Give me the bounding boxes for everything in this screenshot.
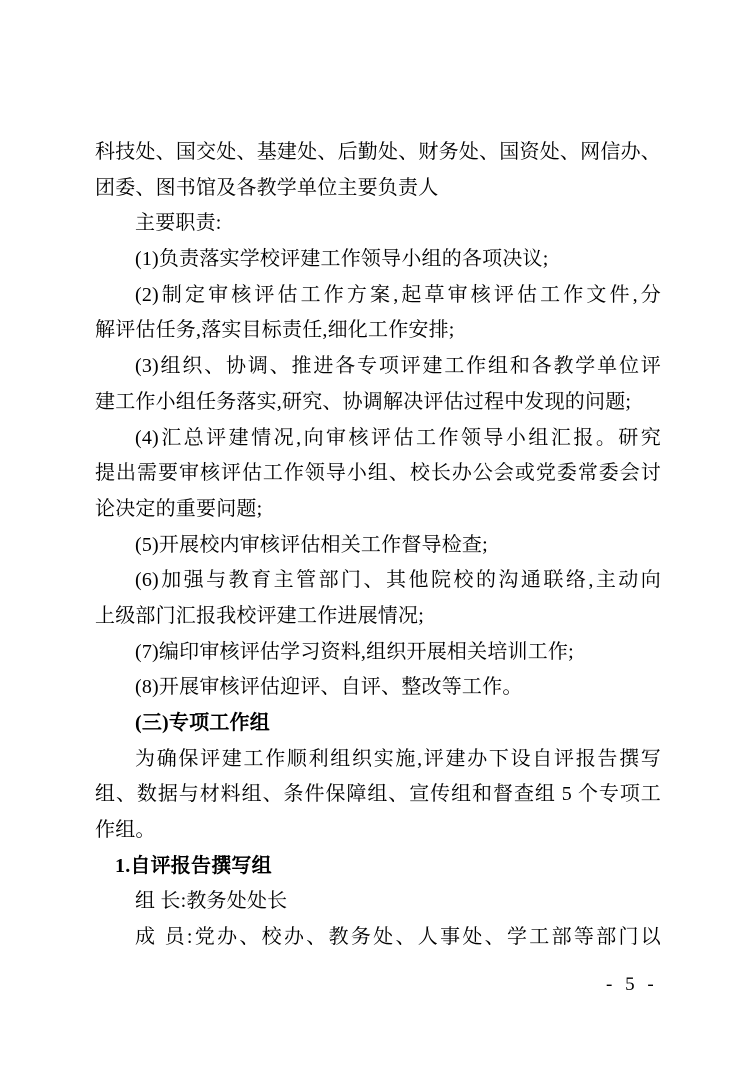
subsection-heading-self-evaluation-report-group: 1.自评报告撰写组 bbox=[95, 849, 661, 885]
paragraph-line: 组、数据与材料组、条件保障组、宣传组和督查组 5 个专项工 bbox=[95, 777, 661, 813]
section-heading-special-work-groups: (三)专项工作组 bbox=[95, 706, 661, 742]
paragraph-line: 论决定的重要问题; bbox=[95, 492, 661, 528]
paragraph-line: 科技处、国交处、基建处、后勤处、财务处、国资处、网信办、 bbox=[95, 135, 661, 171]
duty-item-4: (4)汇总评建情况,向审核评估工作领导小组汇报。研究 bbox=[95, 421, 661, 457]
paragraph-line: 主要职责: bbox=[95, 206, 661, 242]
document-body: 科技处、国交处、基建处、后勤处、财务处、国资处、网信办、 团委、图书馆及各教学单… bbox=[95, 135, 661, 956]
paragraph-line: 提出需要审核评估工作领导小组、校长办公会或党委常委会讨 bbox=[95, 456, 661, 492]
document-page: 科技处、国交处、基建处、后勤处、财务处、国资处、网信办、 团委、图书馆及各教学单… bbox=[0, 0, 755, 1069]
page-number: - 5 - bbox=[606, 974, 658, 996]
paragraph-line: 作组。 bbox=[95, 813, 661, 849]
duty-item-6: (6)加强与教育主管部门、其他院校的沟通联络,主动向 bbox=[95, 563, 661, 599]
group-leader-line: 组 长:教务处处长 bbox=[95, 884, 661, 920]
duty-item-5: (5)开展校内审核评估相关工作督导检查; bbox=[95, 528, 661, 564]
group-members-line: 成 员:党办、校办、教务处、人事处、学工部等部门以 bbox=[95, 920, 661, 956]
duty-item-1: (1)负责落实学校评建工作领导小组的各项决议; bbox=[95, 242, 661, 278]
paragraph-line: 建工作小组任务落实,研究、协调解决评估过程中发现的问题; bbox=[95, 385, 661, 421]
paragraph-line: 上级部门汇报我校评建工作进展情况; bbox=[95, 599, 661, 635]
paragraph-line: 为确保评建工作顺利组织实施,评建办下设自评报告撰写 bbox=[95, 742, 661, 778]
duty-item-8: (8)开展审核评估迎评、自评、整改等工作。 bbox=[95, 670, 661, 706]
duty-item-7: (7)编印审核评估学习资料,组织开展相关培训工作; bbox=[95, 635, 661, 671]
paragraph-line: 团委、图书馆及各教学单位主要负责人 bbox=[95, 171, 661, 207]
duty-item-3: (3)组织、协调、推进各专项评建工作组和各教学单位评 bbox=[95, 349, 661, 385]
paragraph-line: 解评估任务,落实目标责任,细化工作安排; bbox=[95, 313, 661, 349]
duty-item-2: (2)制定审核评估工作方案,起草审核评估工作文件,分 bbox=[95, 278, 661, 314]
